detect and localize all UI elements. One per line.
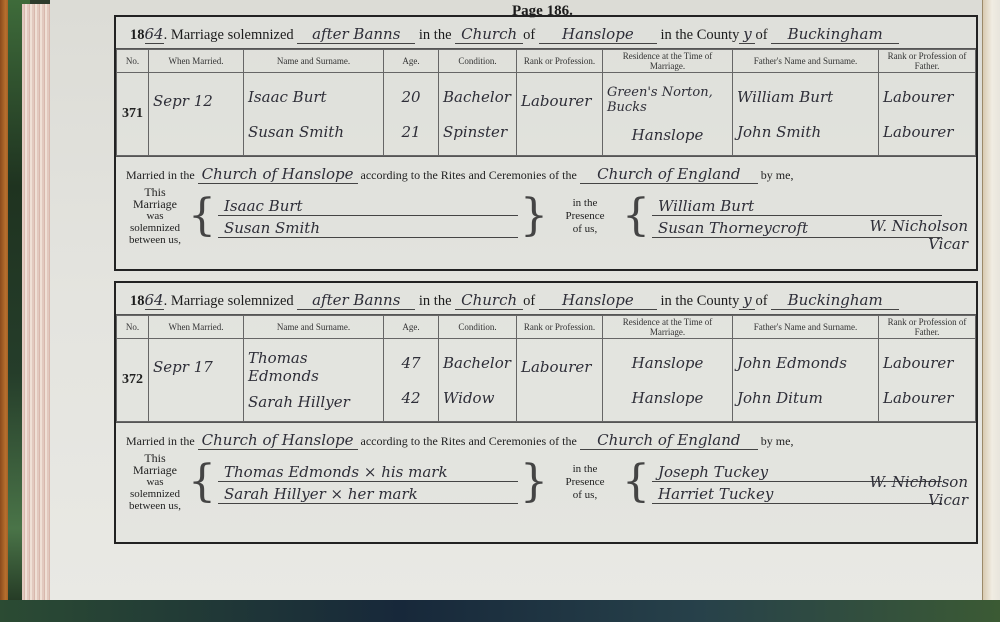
groom-residence: Green's Norton, Bucks bbox=[607, 85, 728, 115]
rites: Church of England bbox=[580, 165, 758, 184]
signatures-block: This Marriage was solemnized between us,… bbox=[116, 450, 976, 512]
solemnized-by: after Banns bbox=[297, 291, 415, 310]
brace-left: { bbox=[188, 462, 216, 502]
entry-table: No. When Married. Name and Surname. Age.… bbox=[116, 315, 976, 422]
column-headers: No. When Married. Name and Surname. Age.… bbox=[117, 316, 976, 339]
married-in-line: Married in the Church of Hanslope accord… bbox=[116, 422, 976, 450]
brace-witness: { bbox=[622, 462, 650, 502]
bride-father-name: John Smith bbox=[737, 123, 874, 141]
label-was: was bbox=[124, 210, 186, 222]
according-to-label: according to the Rites and Ceremonies of… bbox=[361, 168, 577, 182]
bride-condition: Widow bbox=[443, 389, 512, 407]
county-name: Buckingham bbox=[771, 291, 899, 310]
when-married: Sepr 17 bbox=[153, 358, 239, 376]
church-type: Church bbox=[455, 25, 523, 44]
groom-father-rank: Labourer bbox=[883, 88, 971, 106]
bride-signature: Susan Smith bbox=[218, 216, 518, 238]
witness-1: William Burt bbox=[652, 194, 942, 216]
presence-label: in the Presence of us, bbox=[550, 197, 620, 236]
groom-rank: Labourer bbox=[521, 358, 598, 376]
brace-right: } bbox=[520, 462, 548, 502]
heading-in-the: in the bbox=[419, 293, 452, 310]
col-condition: Condition. bbox=[439, 50, 517, 73]
county-name: Buckingham bbox=[771, 25, 899, 44]
table-row: 371 Sepr 12 Isaac BurtSusan Smith 2021 B… bbox=[117, 73, 976, 156]
groom-father-name: John Edmonds bbox=[737, 354, 874, 372]
officiant-signature: W. Nicholson bbox=[869, 473, 968, 491]
bride-name: Sarah Hillyer bbox=[248, 393, 379, 411]
col-father-name: Father's Name and Surname. bbox=[733, 50, 879, 73]
married-in-label: Married in the bbox=[126, 434, 195, 448]
heading-marriage-label: . Marriage solemnized bbox=[164, 293, 294, 310]
col-residence: Residence at the Time of Marriage. bbox=[603, 50, 733, 73]
groom-name: Isaac Burt bbox=[248, 88, 379, 106]
officiant-signature: W. Nicholson bbox=[869, 217, 968, 235]
col-when-married: When Married. bbox=[149, 316, 244, 339]
label-between-us: between us, bbox=[124, 234, 186, 246]
heading-in-the: in the bbox=[419, 27, 452, 44]
bride-age: 42 bbox=[401, 389, 420, 407]
entry-heading: 1864 . Marriage solemnized after Banns i… bbox=[116, 283, 976, 315]
column-headers: No. When Married. Name and Surname. Age.… bbox=[117, 50, 976, 73]
col-father-rank: Rank or Profession of Father. bbox=[879, 316, 976, 339]
page-edges bbox=[22, 4, 53, 604]
brace-right: } bbox=[520, 196, 548, 236]
by-me-label: by me, bbox=[761, 434, 794, 448]
heading-of: of bbox=[523, 27, 535, 44]
couple-signatures: Thomas Edmonds × his mark Sarah Hillyer … bbox=[218, 460, 518, 504]
label-presence: Presence bbox=[550, 476, 620, 489]
bride-residence: Hanslope bbox=[607, 389, 728, 407]
groom-father-name: William Burt bbox=[737, 88, 874, 106]
label-of-us: of us, bbox=[550, 489, 620, 502]
heading-county: in the County bbox=[660, 293, 739, 310]
county-suffix: y bbox=[739, 25, 755, 44]
groom-condition: Bachelor bbox=[443, 354, 512, 372]
label-was: was bbox=[124, 476, 186, 488]
col-name: Name and Surname. bbox=[244, 316, 384, 339]
marriage-entry-371: 1864 . Marriage solemnized after Banns i… bbox=[114, 15, 978, 271]
groom-father-rank: Labourer bbox=[883, 354, 971, 372]
church-type: Church bbox=[455, 291, 523, 310]
married-in-label: Married in the bbox=[126, 168, 195, 182]
bride-condition: Spinster bbox=[443, 123, 512, 141]
col-residence: Residence at the Time of Marriage. bbox=[603, 316, 733, 339]
col-rank: Rank or Profession. bbox=[517, 316, 603, 339]
brace-witness: { bbox=[622, 196, 650, 236]
heading-of2: of bbox=[755, 27, 767, 44]
groom-name: Thomas Edmonds bbox=[248, 349, 379, 385]
bride-father-name: John Ditum bbox=[737, 389, 874, 407]
groom-age: 20 bbox=[401, 88, 420, 106]
entry-heading: 1864 . Marriage solemnized after Banns i… bbox=[116, 17, 976, 49]
col-age: Age. bbox=[384, 50, 439, 73]
book-cover-bottom bbox=[0, 600, 1000, 622]
col-no: No. bbox=[117, 316, 149, 339]
label-this-marriage: This Marriage bbox=[124, 186, 186, 210]
this-marriage-label: This Marriage was solemnized between us, bbox=[124, 186, 186, 246]
facing-page-edge bbox=[982, 0, 1000, 605]
groom-signature: Thomas Edmonds × his mark bbox=[218, 460, 518, 482]
heading-marriage-label: . Marriage solemnized bbox=[164, 27, 294, 44]
heading-of2: of bbox=[755, 293, 767, 310]
bride-age: 21 bbox=[401, 123, 420, 141]
parish: Hanslope bbox=[539, 291, 657, 310]
heading-of: of bbox=[523, 293, 535, 310]
marriage-entry-372: 1864 . Marriage solemnized after Banns i… bbox=[114, 281, 978, 544]
label-this-marriage: This Marriage bbox=[124, 452, 186, 476]
table-row: 372 Sepr 17 Thomas EdmondsSarah Hillyer … bbox=[117, 339, 976, 422]
this-marriage-label: This Marriage was solemnized between us, bbox=[124, 452, 186, 512]
groom-residence: Hanslope bbox=[607, 354, 728, 372]
label-in-the: in the bbox=[550, 463, 620, 476]
signatures-block: This Marriage was solemnized between us,… bbox=[116, 184, 976, 246]
presence-label: in the Presence of us, bbox=[550, 463, 620, 502]
col-name: Name and Surname. bbox=[244, 50, 384, 73]
year-suffix: 64 bbox=[145, 25, 164, 44]
groom-rank: Labourer bbox=[521, 92, 598, 110]
label-solemnized: solemnized bbox=[124, 222, 186, 234]
col-no: No. bbox=[117, 50, 149, 73]
col-rank: Rank or Profession. bbox=[517, 50, 603, 73]
entry-table: No. When Married. Name and Surname. Age.… bbox=[116, 49, 976, 156]
year-prefix: 18 bbox=[130, 293, 145, 310]
col-when-married: When Married. bbox=[149, 50, 244, 73]
officiant-title: Vicar bbox=[869, 491, 968, 509]
label-of-us: of us, bbox=[550, 223, 620, 236]
bride-name: Susan Smith bbox=[248, 123, 379, 141]
when-married: Sepr 12 bbox=[153, 92, 239, 110]
year-prefix: 18 bbox=[130, 27, 145, 44]
col-condition: Condition. bbox=[439, 316, 517, 339]
label-between-us: between us, bbox=[124, 500, 186, 512]
year-suffix: 64 bbox=[145, 291, 164, 310]
col-age: Age. bbox=[384, 316, 439, 339]
by-me-label: by me, bbox=[761, 168, 794, 182]
bride-residence: Hanslope bbox=[607, 126, 728, 144]
heading-county: in the County bbox=[660, 27, 739, 44]
bride-father-rank: Labourer bbox=[883, 389, 971, 407]
groom-age: 47 bbox=[401, 354, 420, 372]
county-suffix: y bbox=[739, 291, 755, 310]
groom-condition: Bachelor bbox=[443, 88, 512, 106]
married-in-line: Married in the Church of Hanslope accord… bbox=[116, 156, 976, 184]
bride-father-rank: Labourer bbox=[883, 123, 971, 141]
officiant: W. Nicholson Vicar bbox=[869, 473, 968, 509]
married-in-place: Church of Hanslope bbox=[198, 431, 358, 450]
according-to-label: according to the Rites and Ceremonies of… bbox=[361, 434, 577, 448]
married-in-place: Church of Hanslope bbox=[198, 165, 358, 184]
brace-left: { bbox=[188, 196, 216, 236]
bride-signature: Sarah Hillyer × her mark bbox=[218, 482, 518, 504]
entry-number: 371 bbox=[117, 73, 148, 155]
label-presence: Presence bbox=[550, 210, 620, 223]
groom-signature: Isaac Burt bbox=[218, 194, 518, 216]
rites: Church of England bbox=[580, 431, 758, 450]
entry-number: 372 bbox=[117, 339, 148, 421]
parish: Hanslope bbox=[539, 25, 657, 44]
col-father-rank: Rank or Profession of Father. bbox=[879, 50, 976, 73]
col-father-name: Father's Name and Surname. bbox=[733, 316, 879, 339]
label-solemnized: solemnized bbox=[124, 488, 186, 500]
label-in-the: in the bbox=[550, 197, 620, 210]
couple-signatures: Isaac Burt Susan Smith bbox=[218, 194, 518, 238]
officiant: W. Nicholson Vicar bbox=[869, 217, 968, 253]
officiant-title: Vicar bbox=[869, 235, 968, 253]
solemnized-by: after Banns bbox=[297, 25, 415, 44]
